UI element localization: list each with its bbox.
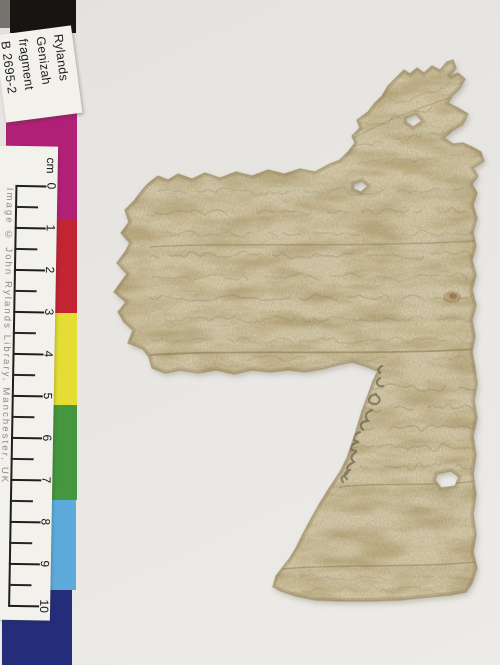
ruler-tick-8 [10, 521, 41, 524]
ruler-tick-6 [11, 437, 42, 440]
ruler-number-2: 2 [44, 266, 56, 273]
ruler-tick-3 [13, 311, 44, 314]
ruler-number-7: 7 [40, 476, 52, 483]
ruler-tick-9 [9, 563, 40, 566]
ruler-halftick [15, 206, 38, 208]
ruler-number-0: 0 [45, 182, 57, 189]
digitised-manuscript-photo: Rylands Genizah fragment B 2695-2 012345… [0, 0, 500, 665]
ruler-number-3: 3 [43, 308, 55, 315]
ruler-halftick [8, 584, 31, 586]
ruler-tick-0 [15, 185, 46, 188]
shelfmark-label-text: Rylands Genizah fragment B 2695-2 [0, 25, 83, 122]
ruler-tick-4 [12, 353, 43, 356]
ruler-number-5: 5 [42, 392, 54, 399]
stain [443, 291, 461, 303]
fragment-shape [114, 60, 484, 601]
ruler-number-6: 6 [41, 434, 53, 441]
ruler-number-8: 8 [40, 518, 52, 525]
ruler-tick-1 [15, 227, 46, 230]
ruler-tick-7 [10, 479, 41, 482]
ruler-unit-label: cm [45, 157, 57, 173]
ruler-halftick [10, 500, 33, 502]
ruler-number-10: 10 [38, 599, 50, 613]
ruler-halftick [11, 416, 34, 418]
ruler-tick-5 [12, 395, 43, 398]
ruler-halftick [14, 290, 37, 292]
ruler-halftick [9, 542, 32, 544]
ruler-tick-10 [8, 605, 39, 608]
ruler-tick-2 [14, 269, 45, 272]
ruler-number-1: 1 [45, 224, 57, 231]
shelfmark-label: Rylands Genizah fragment B 2695-2 [0, 25, 82, 122]
ruler-number-9: 9 [39, 560, 51, 567]
ruler-number-4: 4 [42, 350, 54, 357]
ruler-halftick [14, 248, 37, 250]
ruler-halftick [11, 458, 34, 460]
ruler-halftick [13, 332, 36, 334]
ruler: 012345678910 cm Image © John Rylands Lib… [0, 145, 58, 620]
ruler-halftick [12, 374, 35, 376]
